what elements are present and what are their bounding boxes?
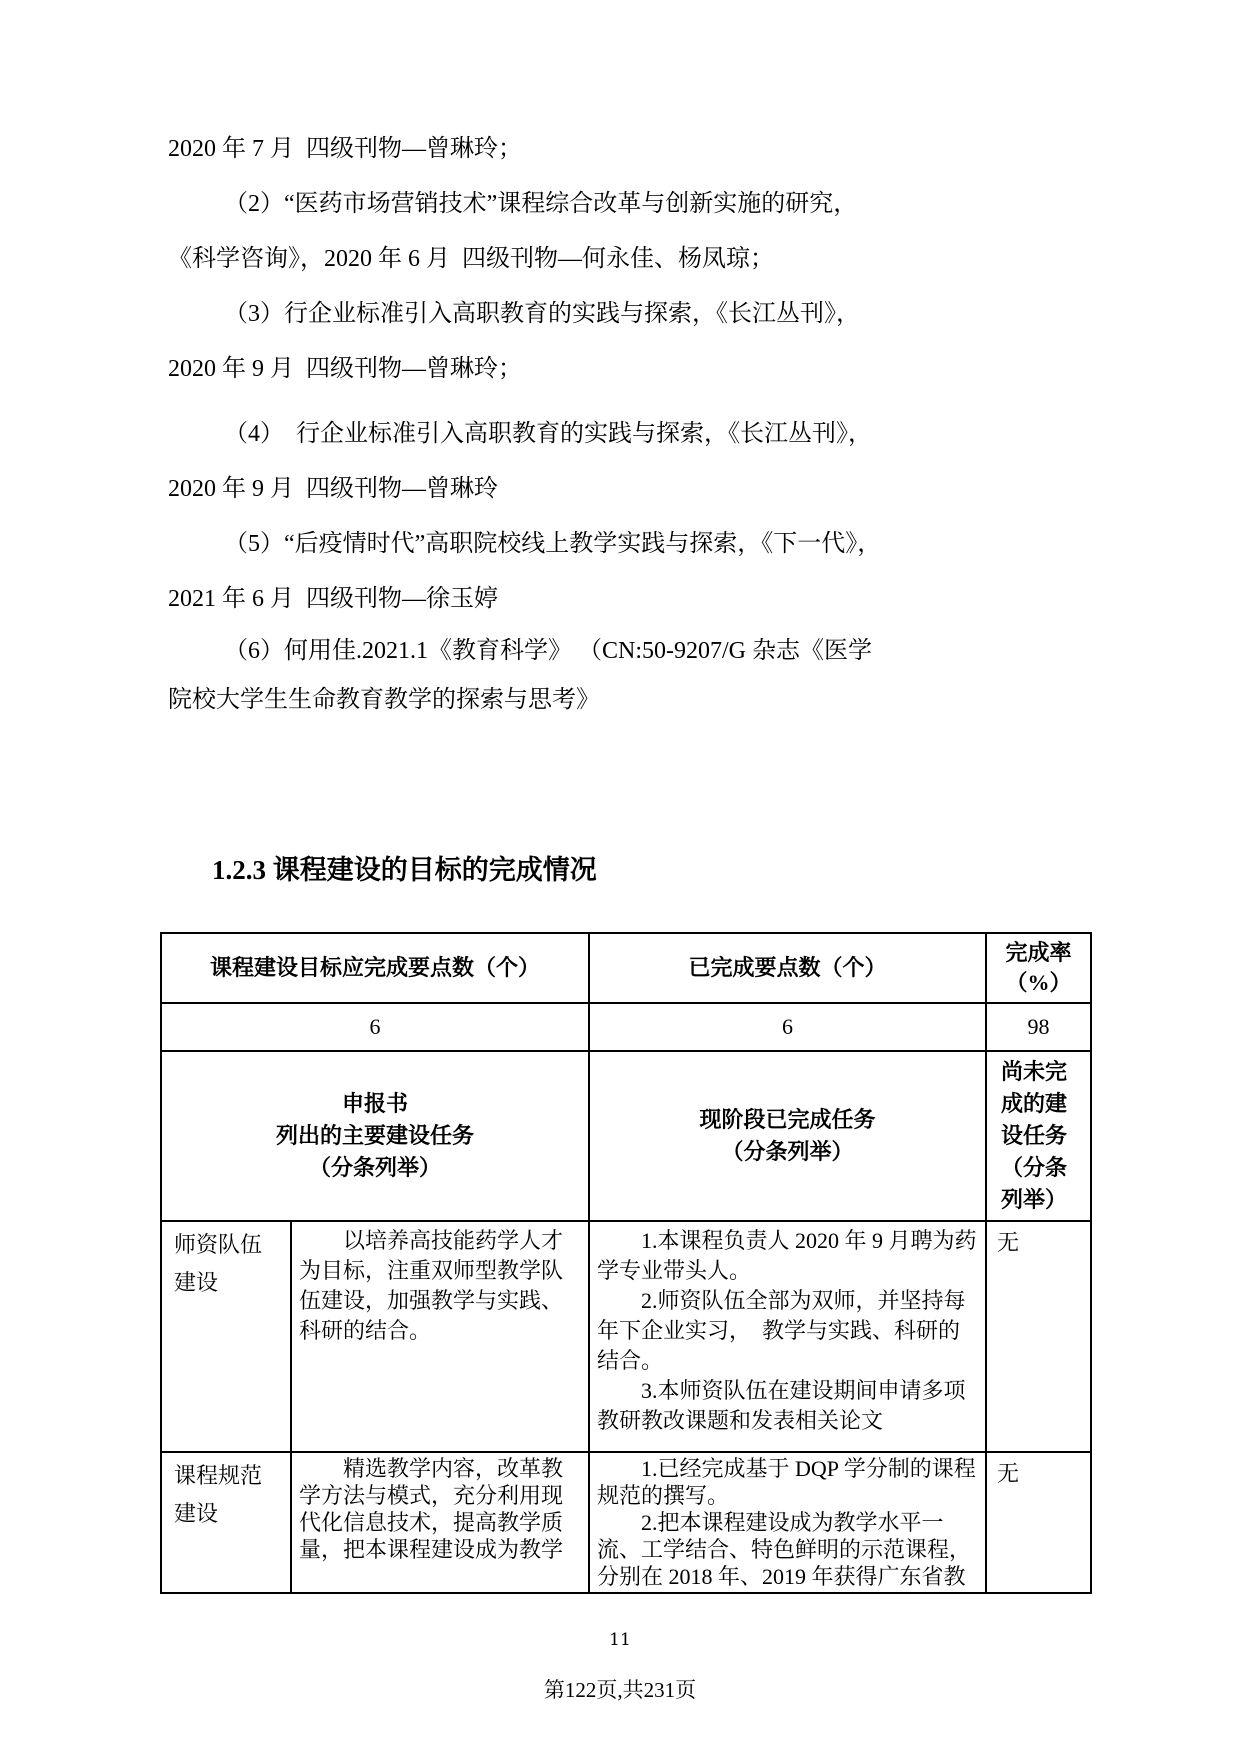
table-row-faculty: 师资队伍建设 以培养高技能药学人才为目标，注重双师型教学队伍建设，加强教学与实践…	[161, 1221, 1091, 1452]
paragraph-line: （2）“医药市场营销技术”课程综合改革与创新实施的研究，	[168, 177, 1090, 232]
table-header-row-tasks: 申报书 列出的主要建设任务 （分条列举） 现阶段已完成任务 （分条列举） 尚未完…	[161, 1051, 1091, 1221]
cell-planned-task: 以培养高技能药学人才为目标，注重双师型教学队伍建设，加强教学与实践、科研的结合。	[291, 1221, 589, 1452]
table-row-course-standard: 课程规范建设 精选教学内容，改革教学方法与模式，充分利用现代化信息技术，提高教学…	[161, 1452, 1091, 1593]
header-cell-completed-points: 已完成要点数（个）	[589, 933, 986, 1003]
cell-completed-points-value: 6	[589, 1003, 986, 1051]
header-cell-unfinished-tasks: 尚未完成的建设任务（分条列举）	[986, 1051, 1091, 1221]
cell-completed-task: 1.本课程负责人 2020 年 9 月聘为药学专业带头人。 2.师资队伍全部为双…	[589, 1221, 986, 1452]
paragraph-line: 2020 年 9 月 四级刊物—曾琳玲	[168, 462, 1090, 517]
page-number-small: 11	[0, 1630, 1240, 1650]
cell-category: 师资队伍建设	[161, 1221, 291, 1452]
table-summary-row: 6 6 98	[161, 1003, 1091, 1051]
cell-target-points-value: 6	[161, 1003, 589, 1051]
page-number-label: 第122页,共231页	[0, 1674, 1240, 1704]
paragraph-line: （5）“后疫情时代”高职院校线上教学实践与探索，《下一代》，	[168, 517, 1090, 572]
paragraph-line: 院校大学生生命教育教学的探索与思考》	[168, 676, 1090, 725]
paragraph-line: 2021 年 6 月 四级刊物—徐玉婷	[168, 572, 1090, 627]
header-cell-completion-rate: 完成率 （%）	[986, 933, 1091, 1003]
cell-unfinished-task: 无	[986, 1452, 1091, 1593]
document-page: 2020 年 7 月 四级刊物—曾琳玲； （2）“医药市场营销技术”课程综合改革…	[0, 0, 1240, 1753]
table-header-row-counts: 课程建设目标应完成要点数（个） 已完成要点数（个） 完成率 （%）	[161, 933, 1091, 1003]
paragraph-line: 2020 年 7 月 四级刊物—曾琳玲；	[168, 122, 1090, 177]
section-heading: 1.2.3 课程建设的目标的完成情况	[212, 850, 597, 890]
body-text: 2020 年 7 月 四级刊物—曾琳玲； （2）“医药市场营销技术”课程综合改革…	[168, 122, 1090, 725]
cell-completion-rate-value: 98	[986, 1003, 1091, 1051]
cell-planned-task: 精选教学内容，改革教学方法与模式，充分利用现代化信息技术，提高教学质量，把本课程…	[291, 1452, 589, 1593]
paragraph-line: （6）何用佳.2021.1《教育科学》 （CN:50-9207/G 杂志《医学	[168, 627, 1090, 676]
paragraph-line: （4） 行企业标准引入高职教育的实践与探索，《长江丛刊》，	[168, 407, 1090, 462]
paragraph-line: （3）行企业标准引入高职教育的实践与探索，《长江丛刊》，	[168, 287, 1090, 342]
paragraph-line: 《科学咨询》，2020 年 6 月 四级刊物—何永佳、杨凤琼；	[168, 232, 1090, 287]
header-cell-planned-tasks: 申报书 列出的主要建设任务 （分条列举）	[161, 1051, 589, 1221]
cell-unfinished-task: 无	[986, 1221, 1091, 1452]
header-cell-completed-tasks: 现阶段已完成任务 （分条列举）	[589, 1051, 986, 1221]
cell-completed-task: 1.已经完成基于 DQP 学分制的课程规范的撰写。 2.把本课程建设成为教学水平…	[589, 1452, 986, 1593]
cell-category: 课程规范建设	[161, 1452, 291, 1593]
header-cell-target-points: 课程建设目标应完成要点数（个）	[161, 933, 589, 1003]
paragraph-line: 2020 年 9 月 四级刊物—曾琳玲；	[168, 342, 1090, 397]
completion-status-table: 课程建设目标应完成要点数（个） 已完成要点数（个） 完成率 （%） 6 6 98…	[160, 932, 1092, 1594]
